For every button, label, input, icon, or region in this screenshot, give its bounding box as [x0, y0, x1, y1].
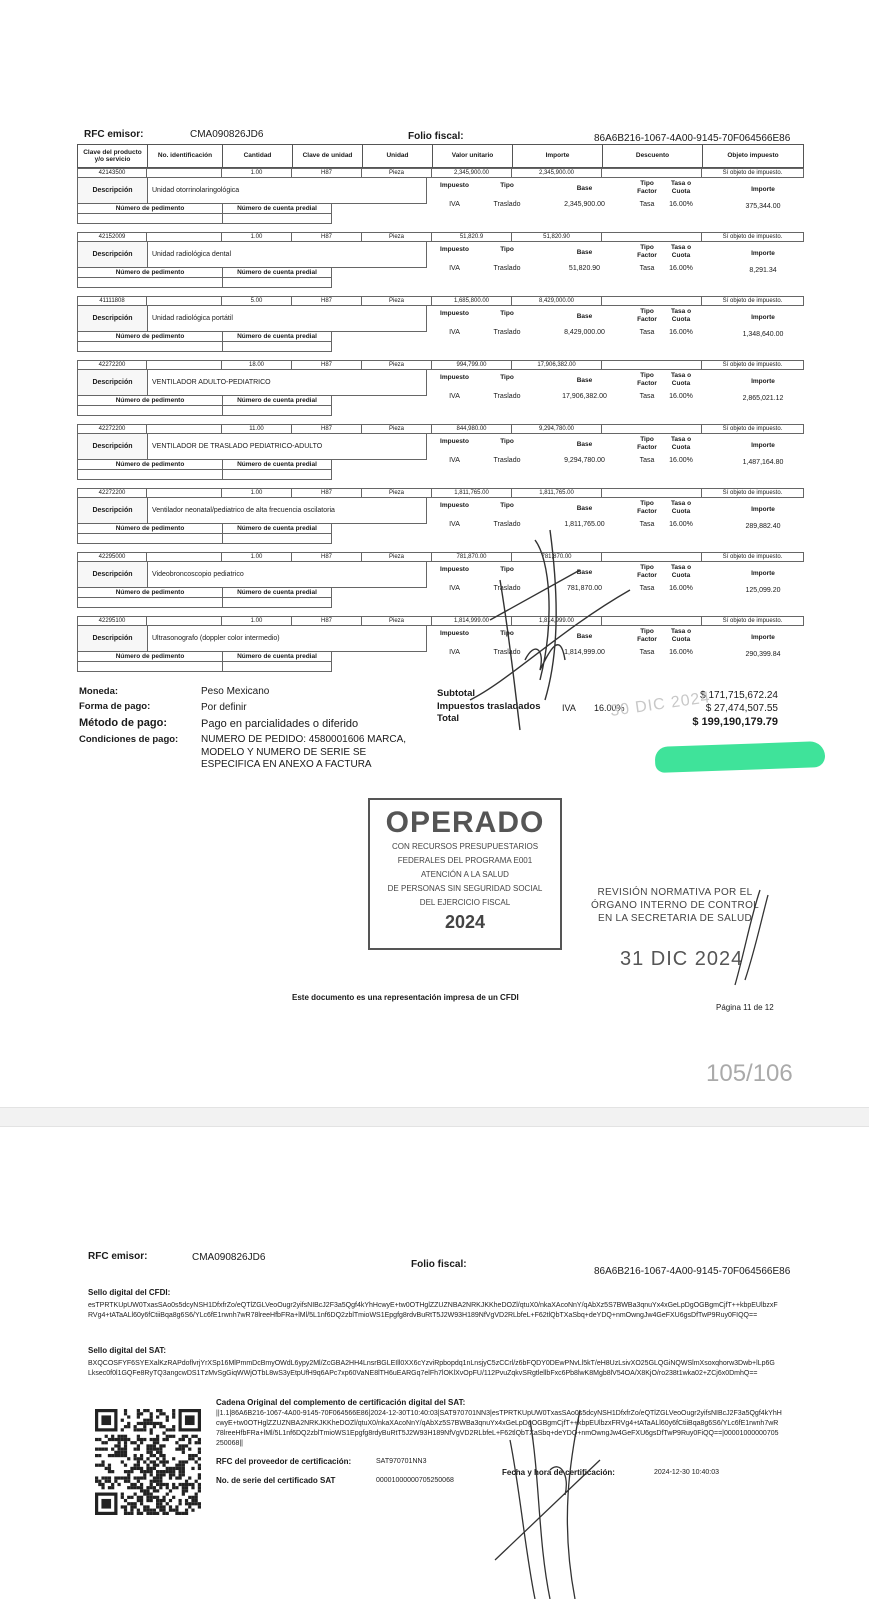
item-clave-unidad: H87: [292, 360, 362, 370]
pedimento-value: [78, 598, 223, 607]
tax-importe-header: Importe: [722, 442, 804, 449]
tax-tasa: 16.00%: [664, 201, 698, 208]
tax-tipo-header: Tipo: [482, 374, 532, 381]
description-label: Descripción: [78, 626, 148, 651]
item-pedimento-box: Número de pedimento Número de cuenta pre…: [77, 204, 332, 224]
item-valor-unitario: 1,814,999.00: [432, 616, 512, 626]
operado-line: ATENCIÓN A LA SALUD: [370, 868, 560, 882]
item-cantidad: 11.00: [222, 424, 292, 434]
item-tax-block: Impuesto Tipo Base Tipo Factor Tasa o Cu…: [432, 308, 804, 348]
tax-tipo: Traslado: [482, 393, 532, 400]
item-unidad: Pieza: [362, 360, 432, 370]
cuenta-predial-label: Número de cuenta predial: [223, 268, 331, 277]
tax-importe-header: Importe: [722, 634, 804, 641]
pedimento-value: [78, 470, 223, 479]
tax-tasa: 16.00%: [664, 329, 698, 336]
item-no-identificacion: [147, 360, 222, 370]
tax-importe: 1,487,164.80: [722, 459, 804, 466]
pedimento-value: [78, 406, 223, 415]
pedimento-value: [78, 342, 223, 351]
item-description-row: Descripción Unidad radiológica dental: [77, 242, 427, 268]
item-no-identificacion: [147, 232, 222, 242]
item-objeto-impuesto: Sí objeto de impuesto.: [702, 616, 804, 626]
tax-tipo-factor-header: Tipo Factor: [632, 436, 662, 452]
tax-tipo-factor: Tasa: [632, 521, 662, 528]
description-label: Descripción: [78, 434, 148, 459]
item-main-row: 421435001.00H87Pieza2,345,900.002,345,90…: [77, 168, 804, 178]
item-descuento: [602, 296, 702, 306]
p2-rfc-emisor-value: CMA090826JD6: [192, 1252, 265, 1263]
sello-cfdi-value: esTPRTKUpUW0TxasSAo0s5dcyNSH1DfxfrZo/eQT…: [88, 1301, 778, 1321]
pedimento-value: [78, 662, 223, 671]
item-unidad: Pieza: [362, 232, 432, 242]
item-main-row: 422951001.00H87Pieza1,814,999.001,814,99…: [77, 616, 804, 626]
sello-cfdi-label: Sello digital del CFDI:: [88, 1288, 170, 1297]
item-valor-unitario: 1,685,800.00: [432, 296, 512, 306]
tax-base-header: Base: [542, 377, 627, 384]
tax-impuesto-header: Impuesto: [432, 438, 477, 445]
item-description-row: Descripción Unidad radiológica portátil: [77, 306, 427, 332]
pedimento-value: [78, 278, 223, 287]
item-valor-unitario: 994,799.00: [432, 360, 512, 370]
description-label: Descripción: [78, 306, 148, 331]
item-clave-unidad: H87: [292, 424, 362, 434]
item-cantidad: 5.00: [222, 296, 292, 306]
item-no-identificacion: [147, 168, 222, 178]
tax-importe-header: Importe: [722, 378, 804, 385]
item-unidad: Pieza: [362, 488, 432, 498]
item-tax-block: Impuesto Tipo Base Tipo Factor Tasa o Cu…: [432, 564, 804, 604]
item-no-identificacion: [147, 488, 222, 498]
item-valor-unitario: 781,870.00: [432, 552, 512, 562]
item-description-row: Descripción Ultrasonografo (doppler colo…: [77, 626, 427, 652]
item-valor-unitario: 2,345,900.00: [432, 168, 512, 178]
item-clave: 42272200: [77, 360, 147, 370]
tax-tasa: 16.00%: [664, 265, 698, 272]
tax-impuesto: IVA: [432, 649, 477, 656]
revision-line: ÓRGANO INTERNO DE CONTROL: [580, 899, 770, 912]
tax-importe-header: Importe: [722, 570, 804, 577]
item-description-row: Descripción VENTILADOR DE TRASLADO PEDIA…: [77, 434, 427, 460]
pedimento-label: Número de pedimento: [78, 588, 223, 597]
revision-stamp: REVISIÓN NORMATIVA POR EL ÓRGANO INTERNO…: [580, 886, 770, 925]
col-descuento: Descuento: [603, 145, 703, 167]
item-descuento: [602, 424, 702, 434]
condiciones-pago-value: NUMERO DE PEDIDO: 4580001606 MARCA, MODE…: [201, 734, 426, 772]
pedimento-label: Número de pedimento: [78, 652, 223, 661]
tax-tasa: 16.00%: [664, 457, 698, 464]
item-importe: 17,906,382.00: [512, 360, 602, 370]
item-valor-unitario: 844,980.00: [432, 424, 512, 434]
col-cantidad: Cantidad: [223, 145, 293, 167]
rfc-proveedor-value: SAT970701NN3: [376, 1457, 426, 1467]
item-pedimento-box: Número de pedimento Número de cuenta pre…: [77, 396, 332, 416]
folio-fiscal-value: 86A6B216-1067-4A00-9145-70F064566E86: [594, 133, 790, 144]
item-importe: 781,870.00: [512, 552, 602, 562]
tax-tasa: 16.00%: [664, 521, 698, 528]
tax-tipo-factor-header: Tipo Factor: [632, 564, 662, 580]
item-main-row: 4227220018.00H87Pieza994,799.0017,906,38…: [77, 360, 804, 370]
tax-tipo-factor: Tasa: [632, 201, 662, 208]
item-no-identificacion: [147, 616, 222, 626]
tax-tipo-factor-header: Tipo Factor: [632, 628, 662, 644]
cadena-original-value: ||1.1|86A6B216-1067-4A00-9145-70F064566E…: [216, 1409, 782, 1449]
viewer-page-count: 105/106: [706, 1060, 793, 1088]
item-unidad: Pieza: [362, 424, 432, 434]
item-tax-block: Impuesto Tipo Base Tipo Factor Tasa o Cu…: [432, 372, 804, 412]
tax-impuesto: IVA: [432, 393, 477, 400]
item-description: Ventilador neonatal/pediatrico de alta f…: [148, 498, 426, 523]
cfdi-note: Este documento es una representación imp…: [292, 993, 519, 1002]
tax-tasa-cuota-header: Tasa o Cuota: [664, 372, 698, 388]
forma-pago-label: Forma de pago:: [79, 701, 150, 712]
operado-line: DE PERSONAS SIN SEGURIDAD SOCIAL: [370, 882, 560, 896]
pedimento-label: Número de pedimento: [78, 332, 223, 341]
invoice-line-item: 4227220011.00H87Pieza844,980.009,294,780…: [77, 424, 804, 488]
cuenta-predial-label: Número de cuenta predial: [223, 204, 331, 213]
item-tax-block: Impuesto Tipo Base Tipo Factor Tasa o Cu…: [432, 436, 804, 476]
item-descuento: [602, 168, 702, 178]
col-no-identificacion: No. identificación: [148, 145, 223, 167]
redaction-highlight: [655, 741, 826, 773]
tax-tasa: 16.00%: [664, 393, 698, 400]
tax-base: 1,811,765.00: [542, 521, 627, 528]
tax-tipo-header: Tipo: [482, 182, 532, 189]
tax-tasa-cuota-header: Tasa o Cuota: [664, 180, 698, 196]
cadena-original-label: Cadena Original del complemento de certi…: [216, 1398, 465, 1407]
invoice-line-item: 411118085.00H87Pieza1,685,800.008,429,00…: [77, 296, 804, 360]
tax-base: 17,906,382.00: [542, 393, 627, 400]
tax-tasa-cuota-header: Tasa o Cuota: [664, 244, 698, 260]
serie-certificado-value: 00001000000705250068: [376, 1476, 454, 1486]
invoice-line-item: 4227220018.00H87Pieza994,799.0017,906,38…: [77, 360, 804, 424]
item-valor-unitario: 51,820.9: [432, 232, 512, 242]
tax-base-header: Base: [542, 185, 627, 192]
operado-line: CON RECURSOS PRESUPUESTARIOS: [370, 840, 560, 854]
tax-base: 781,870.00: [542, 585, 627, 592]
item-clave-unidad: H87: [292, 488, 362, 498]
tax-impuesto-header: Impuesto: [432, 630, 477, 637]
item-descuento: [602, 552, 702, 562]
pedimento-label: Número de pedimento: [78, 204, 223, 213]
pedimento-value: [78, 214, 223, 223]
tax-tipo-header: Tipo: [482, 566, 532, 573]
tax-tipo-factor: Tasa: [632, 265, 662, 272]
tax-importe: 289,882.40: [722, 523, 804, 530]
tax-importe: 125,099.20: [722, 587, 804, 594]
col-clave: Clave del producto y/o servicio: [78, 145, 148, 167]
tax-impuesto: IVA: [432, 265, 477, 272]
item-importe: 2,345,900.00: [512, 168, 602, 178]
impuestos-trasladados-label: Impuestos trasladados: [437, 701, 540, 712]
description-label: Descripción: [78, 178, 148, 203]
tax-tipo: Traslado: [482, 329, 532, 336]
tax-base-header: Base: [542, 441, 627, 448]
pedimento-value: [78, 534, 223, 543]
cuenta-predial-label: Número de cuenta predial: [223, 460, 331, 469]
item-unidad: Pieza: [362, 552, 432, 562]
item-clave: 42272200: [77, 488, 147, 498]
page-separator: [0, 1107, 869, 1127]
description-label: Descripción: [78, 242, 148, 267]
item-no-identificacion: [147, 552, 222, 562]
item-pedimento-box: Número de pedimento Número de cuenta pre…: [77, 332, 332, 352]
description-label: Descripción: [78, 562, 148, 587]
item-importe: 1,811,765.00: [512, 488, 602, 498]
sello-sat-label: Sello digital del SAT:: [88, 1346, 166, 1355]
page-number: Página 11 de 12: [716, 1003, 774, 1012]
item-tax-block: Impuesto Tipo Base Tipo Factor Tasa o Cu…: [432, 500, 804, 540]
tax-tipo-factor-header: Tipo Factor: [632, 244, 662, 260]
fecha-certificacion-label: Fecha y hora de certificación:: [502, 1468, 615, 1477]
cuenta-predial-label: Número de cuenta predial: [223, 332, 331, 341]
tax-tipo-factor-header: Tipo Factor: [632, 500, 662, 516]
item-main-row: 4227220011.00H87Pieza844,980.009,294,780…: [77, 424, 804, 434]
col-clave-unidad: Clave de unidad: [293, 145, 363, 167]
tax-impuesto-header: Impuesto: [432, 182, 477, 189]
metodo-pago-label: Método de pago:: [79, 717, 167, 729]
tax-importe-header: Importe: [722, 186, 804, 193]
tax-impuesto: IVA: [432, 329, 477, 336]
tax-base-header: Base: [542, 569, 627, 576]
tax-base-header: Base: [542, 313, 627, 320]
tax-base: 9,294,780.00: [542, 457, 627, 464]
sello-sat-value: BXQCOSFYF6SYEXalKzRAPdoflvrjYrXSp16MlPmm…: [88, 1359, 778, 1379]
item-unidad: Pieza: [362, 616, 432, 626]
item-cantidad: 1.00: [222, 168, 292, 178]
invoice-line-item: 422722001.00H87Pieza1,811,765.001,811,76…: [77, 488, 804, 552]
item-clave-unidad: H87: [292, 616, 362, 626]
tax-impuesto-header: Impuesto: [432, 310, 477, 317]
item-objeto-impuesto: Sí objeto de impuesto.: [702, 552, 804, 562]
item-description: Ultrasonografo (doppler color intermedio…: [148, 626, 426, 651]
item-descuento: [602, 616, 702, 626]
items-table: Clave del producto y/o servicio No. iden…: [77, 144, 804, 680]
item-pedimento-box: Número de pedimento Número de cuenta pre…: [77, 588, 332, 608]
pedimento-label: Número de pedimento: [78, 396, 223, 405]
tax-impuesto-header: Impuesto: [432, 246, 477, 253]
rfc-proveedor-label: RFC del proveedor de certificación:: [216, 1457, 351, 1466]
tax-tipo-factor-header: Tipo Factor: [632, 180, 662, 196]
p2-folio-fiscal-label: Folio fiscal:: [411, 1259, 467, 1270]
impuestos-tax-name: IVA: [562, 703, 576, 713]
pedimento-label: Número de pedimento: [78, 268, 223, 277]
item-objeto-impuesto: Sí objeto de impuesto.: [702, 488, 804, 498]
tax-base: 8,429,000.00: [542, 329, 627, 336]
tax-tipo-header: Tipo: [482, 502, 532, 509]
item-descuento: [602, 360, 702, 370]
tax-base-header: Base: [542, 505, 627, 512]
moneda-label: Moneda:: [79, 686, 118, 697]
item-importe: 9,294,780.00: [512, 424, 602, 434]
item-clave: 41111808: [77, 296, 147, 306]
col-unidad: Unidad: [363, 145, 433, 167]
item-clave: 42295000: [77, 552, 147, 562]
cuenta-predial-label: Número de cuenta predial: [223, 524, 331, 533]
item-pedimento-box: Número de pedimento Número de cuenta pre…: [77, 652, 332, 672]
item-unidad: Pieza: [362, 296, 432, 306]
p2-rfc-emisor-label: RFC emisor:: [88, 1251, 147, 1262]
tax-importe-header: Importe: [722, 314, 804, 321]
tax-tipo-factor: Tasa: [632, 329, 662, 336]
tax-tipo-header: Tipo: [482, 438, 532, 445]
item-description-row: Descripción Ventilador neonatal/pediatri…: [77, 498, 427, 524]
invoice-line-item: 421435001.00H87Pieza2,345,900.002,345,90…: [77, 168, 804, 232]
tax-tipo-header: Tipo: [482, 310, 532, 317]
cuenta-predial-label: Número de cuenta predial: [223, 652, 331, 661]
item-tax-block: Impuesto Tipo Base Tipo Factor Tasa o Cu…: [432, 628, 804, 668]
item-description: VENTILADOR DE TRASLADO PEDIATRICO-ADULTO: [148, 434, 426, 459]
tax-importe-header: Importe: [722, 506, 804, 513]
item-list: 421435001.00H87Pieza2,345,900.002,345,90…: [77, 168, 804, 680]
tax-impuesto: IVA: [432, 201, 477, 208]
item-importe: 1,814,999.00: [512, 616, 602, 626]
tax-tipo-factor: Tasa: [632, 649, 662, 656]
tax-tipo: Traslado: [482, 649, 532, 656]
p2-folio-fiscal-value: 86A6B216-1067-4A00-9145-70F064566E86: [594, 1266, 790, 1277]
col-valor-unitario: Valor unitario: [433, 145, 513, 167]
tax-importe: 290,399.84: [722, 651, 804, 658]
tax-impuesto: IVA: [432, 457, 477, 464]
item-pedimento-box: Número de pedimento Número de cuenta pre…: [77, 268, 332, 288]
tax-tipo: Traslado: [482, 265, 532, 272]
tax-tipo-factor: Tasa: [632, 393, 662, 400]
tax-base-header: Base: [542, 249, 627, 256]
tax-tasa-cuota-header: Tasa o Cuota: [664, 436, 698, 452]
item-objeto-impuesto: Sí objeto de impuesto.: [702, 168, 804, 178]
item-descuento: [602, 488, 702, 498]
item-clave-unidad: H87: [292, 552, 362, 562]
revision-line: REVISIÓN NORMATIVA POR EL: [580, 886, 770, 899]
tax-tasa-cuota-header: Tasa o Cuota: [664, 564, 698, 580]
tax-importe-header: Importe: [722, 250, 804, 257]
item-cantidad: 1.00: [222, 616, 292, 626]
tax-impuesto: IVA: [432, 585, 477, 592]
item-importe: 51,820.90: [512, 232, 602, 242]
invoice-page-11: RFC emisor: CMA090826JD6 Folio fiscal: 8…: [0, 0, 869, 1107]
cuenta-predial-label: Número de cuenta predial: [223, 588, 331, 597]
subtotal-label: Subtotal: [437, 688, 475, 699]
operado-year: 2024: [370, 912, 560, 933]
item-main-row: 421520091.00H87Pieza51,820.951,820.90Sí …: [77, 232, 804, 242]
item-tax-block: Impuesto Tipo Base Tipo Factor Tasa o Cu…: [432, 244, 804, 284]
tax-importe: 2,865,021.12: [722, 395, 804, 402]
item-clave: 42295100: [77, 616, 147, 626]
item-no-identificacion: [147, 296, 222, 306]
item-description: Unidad radiológica portátil: [148, 306, 426, 331]
rfc-emisor-value: CMA090826JD6: [190, 129, 263, 140]
item-pedimento-box: Número de pedimento Número de cuenta pre…: [77, 460, 332, 480]
items-table-header: Clave del producto y/o servicio No. iden…: [77, 144, 804, 168]
item-objeto-impuesto: Sí objeto de impuesto.: [702, 232, 804, 242]
item-cantidad: 1.00: [222, 552, 292, 562]
item-objeto-impuesto: Sí objeto de impuesto.: [702, 296, 804, 306]
tax-tasa: 16.00%: [664, 649, 698, 656]
item-clave: 42152009: [77, 232, 147, 242]
operado-stamp: OPERADO CON RECURSOS PRESUPUESTARIOS FED…: [368, 798, 562, 950]
description-label: Descripción: [78, 498, 148, 523]
item-clave: 42272200: [77, 424, 147, 434]
revision-line: EN LA SECRETARIA DE SALUD: [580, 912, 770, 925]
tax-tasa-cuota-header: Tasa o Cuota: [664, 500, 698, 516]
item-unidad: Pieza: [362, 168, 432, 178]
item-cantidad: 1.00: [222, 232, 292, 242]
tax-impuesto-header: Impuesto: [432, 566, 477, 573]
tax-base: 51,820.90: [542, 265, 627, 272]
item-clave: 42143500: [77, 168, 147, 178]
operado-title: OPERADO: [370, 806, 560, 840]
pedimento-label: Número de pedimento: [78, 460, 223, 469]
tax-importe: 375,344.00: [722, 203, 804, 210]
item-description-row: Descripción Videobroncoscopio pediatrico: [77, 562, 427, 588]
tax-tasa: 16.00%: [664, 585, 698, 592]
total-label: Total: [437, 713, 459, 724]
item-main-row: 422722001.00H87Pieza1,811,765.001,811,76…: [77, 488, 804, 498]
tax-tipo: Traslado: [482, 457, 532, 464]
tax-impuesto-header: Impuesto: [432, 502, 477, 509]
pedimento-label: Número de pedimento: [78, 524, 223, 533]
item-clave-unidad: H87: [292, 232, 362, 242]
item-importe: 8,429,000.00: [512, 296, 602, 306]
tax-tipo-factor: Tasa: [632, 585, 662, 592]
folio-fiscal-label: Folio fiscal:: [408, 131, 464, 142]
qr-code-icon: [95, 1409, 201, 1515]
revision-date: 31 DIC 2024: [620, 948, 743, 971]
item-cantidad: 1.00: [222, 488, 292, 498]
moneda-value: Peso Mexicano: [201, 686, 269, 697]
tax-tipo: Traslado: [482, 201, 532, 208]
tax-base: 1,814,999.00: [542, 649, 627, 656]
item-description: Videobroncoscopio pediatrico: [148, 562, 426, 587]
tax-tasa-cuota-header: Tasa o Cuota: [664, 628, 698, 644]
fecha-certificacion-value: 2024-12-30 10:40:03: [654, 1468, 719, 1478]
tax-importe: 8,291.34: [722, 267, 804, 274]
condiciones-pago-label: Condiciones de pago:: [79, 734, 178, 745]
cuenta-predial-label: Número de cuenta predial: [223, 396, 331, 405]
item-main-row: 411118085.00H87Pieza1,685,800.008,429,00…: [77, 296, 804, 306]
rfc-emisor-label: RFC emisor:: [84, 129, 143, 140]
tax-tipo-factor-header: Tipo Factor: [632, 372, 662, 388]
col-objeto-impuesto: Objeto impuesto: [703, 145, 803, 167]
invoice-line-item: 421520091.00H87Pieza51,820.951,820.90Sí …: [77, 232, 804, 296]
tax-tipo-header: Tipo: [482, 246, 532, 253]
item-description: Unidad radiológica dental: [148, 242, 426, 267]
metodo-pago-value: Pago en parcialidades o diferido: [201, 718, 358, 730]
item-descuento: [602, 232, 702, 242]
forma-pago-value: Por definir: [201, 702, 247, 713]
tax-impuesto-header: Impuesto: [432, 374, 477, 381]
tax-tipo-factor-header: Tipo Factor: [632, 308, 662, 324]
tax-tipo-header: Tipo: [482, 630, 532, 637]
item-cantidad: 18.00: [222, 360, 292, 370]
item-main-row: 422950001.00H87Pieza781,870.00781,870.00…: [77, 552, 804, 562]
item-valor-unitario: 1,811,765.00: [432, 488, 512, 498]
tax-impuesto: IVA: [432, 521, 477, 528]
operado-line: FEDERALES DEL PROGRAMA E001: [370, 854, 560, 868]
tax-base-header: Base: [542, 633, 627, 640]
tax-tipo-factor: Tasa: [632, 457, 662, 464]
item-clave-unidad: H87: [292, 168, 362, 178]
invoice-line-item: 422950001.00H87Pieza781,870.00781,870.00…: [77, 552, 804, 616]
item-no-identificacion: [147, 424, 222, 434]
description-label: Descripción: [78, 370, 148, 395]
tax-importe: 1,348,640.00: [722, 331, 804, 338]
item-pedimento-box: Número de pedimento Número de cuenta pre…: [77, 524, 332, 544]
total-value: $ 199,190,179.79: [660, 716, 778, 728]
tax-tipo: Traslado: [482, 521, 532, 528]
item-description: VENTILADOR ADULTO-PEDIATRICO: [148, 370, 426, 395]
serie-certificado-label: No. de serie del certificado SAT: [216, 1476, 335, 1485]
